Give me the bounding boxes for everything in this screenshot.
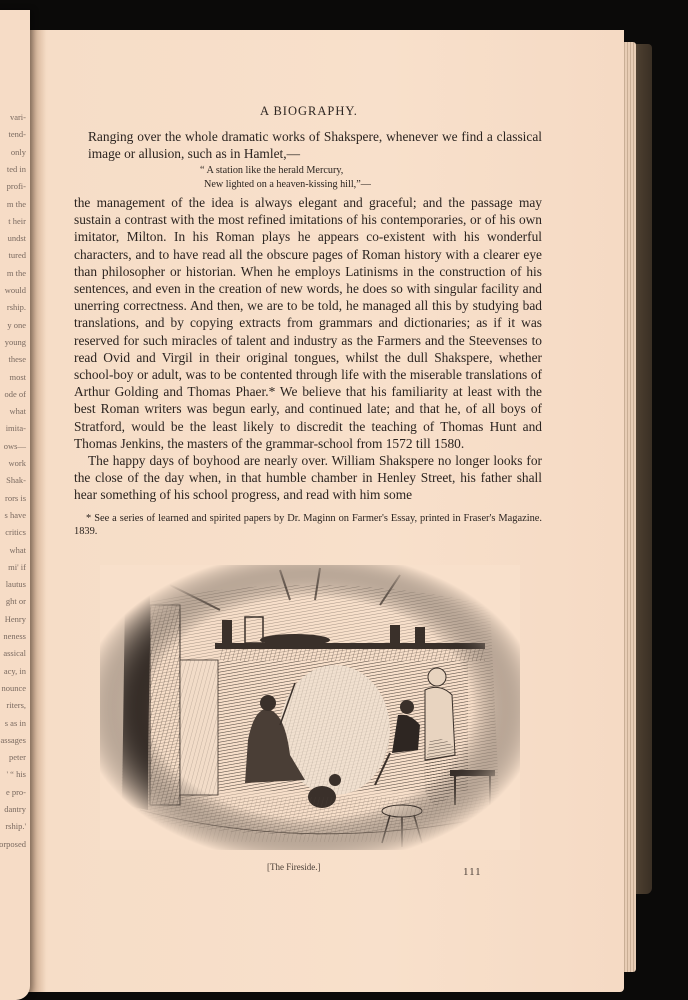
- left-page-text-fragment: young: [5, 337, 26, 347]
- left-page-text-fragment: s have: [5, 510, 26, 520]
- running-head: A BIOGRAPHY.: [260, 104, 358, 119]
- left-page-text-fragment: what: [9, 545, 26, 555]
- left-page-text-fragment: neness: [3, 631, 26, 641]
- left-page-text-fragment: lautus: [6, 579, 26, 589]
- left-page-text-fragment: e pro-: [6, 787, 26, 797]
- paragraph-1: Ranging over the whole dramatic works of…: [88, 128, 542, 162]
- left-page-text-fragment: m the: [7, 199, 26, 209]
- left-page-text-fragment: vari-: [10, 112, 26, 122]
- page-stack-edge: [622, 42, 636, 972]
- fireside-engraving: [100, 565, 520, 850]
- footnote: * See a series of learned and spirited p…: [74, 512, 542, 538]
- left-page-text-fragment: tend-: [9, 129, 26, 139]
- left-page-text-fragment: ows—: [4, 441, 26, 451]
- left-page-text-fragment: t heir: [8, 216, 26, 226]
- left-page-text-fragment: ted in: [7, 164, 26, 174]
- left-page-text-fragment: would: [5, 285, 26, 295]
- left-page-text-fragment: ght or: [6, 596, 26, 606]
- left-page-text-fragment: most: [9, 372, 26, 382]
- left-page-text-fragment: dantry: [4, 804, 26, 814]
- left-page-text-fragment: assages: [1, 735, 27, 745]
- left-page-text-fragment: mi' if: [8, 562, 26, 572]
- page-number: 111: [463, 866, 482, 878]
- left-page-text-fragment: Shak-: [6, 475, 26, 485]
- left-page-text-fragment: imita-: [6, 423, 26, 433]
- page-gutter-shadow: [28, 30, 46, 992]
- verse-quote: “ A station like the herald Mercury, New…: [200, 164, 371, 191]
- left-page-text-fragment: undst: [8, 233, 26, 243]
- left-page-text-fragment: nounce: [1, 683, 26, 693]
- left-page-text-fragment: ' “ his: [7, 769, 26, 779]
- paragraph-2: the management of the idea is always ele…: [74, 194, 542, 452]
- left-page-text-fragment: critics: [5, 527, 26, 537]
- left-page-text-fragment: what: [9, 406, 26, 416]
- left-page-text-fragment: orposed: [0, 839, 26, 849]
- quote-line-1: “ A station like the herald Mercury,: [200, 164, 371, 178]
- left-page-text-fragment: tured: [9, 250, 26, 260]
- left-page-text-fragment: rors is: [5, 493, 26, 503]
- left-page-text-fragment: assical: [3, 648, 26, 658]
- left-page-text-fragment: riters,: [6, 700, 26, 710]
- quote-line-2: New lighted on a heaven-kissing hill,”—: [200, 178, 371, 192]
- paragraph-3: The happy days of boyhood are nearly ove…: [74, 452, 542, 504]
- left-page-text-fragment: peter: [9, 752, 26, 762]
- left-page-text-fragment: only: [11, 147, 26, 157]
- left-page-text-fragment: these: [9, 354, 26, 364]
- left-page-text-fragment: y one: [7, 320, 26, 330]
- left-page-text-fragment: work: [9, 458, 26, 468]
- illustration-caption: [The Fireside.]: [267, 862, 320, 872]
- left-page-fragment: vari-tend-onlyted inprofi-m thet heirund…: [0, 10, 30, 1000]
- left-page-text-fragment: profi-: [7, 181, 26, 191]
- left-page-text-fragment: rship.': [5, 821, 26, 831]
- left-page-text-fragment: rship.: [7, 302, 26, 312]
- left-page-text-fragment: m the: [7, 268, 26, 278]
- left-page-text-fragment: Henry: [5, 614, 26, 624]
- left-page-text-fragment: acy, in: [4, 666, 26, 676]
- left-page-text-fragment: ode of: [5, 389, 26, 399]
- left-page-text-fragment: s as in: [5, 718, 26, 728]
